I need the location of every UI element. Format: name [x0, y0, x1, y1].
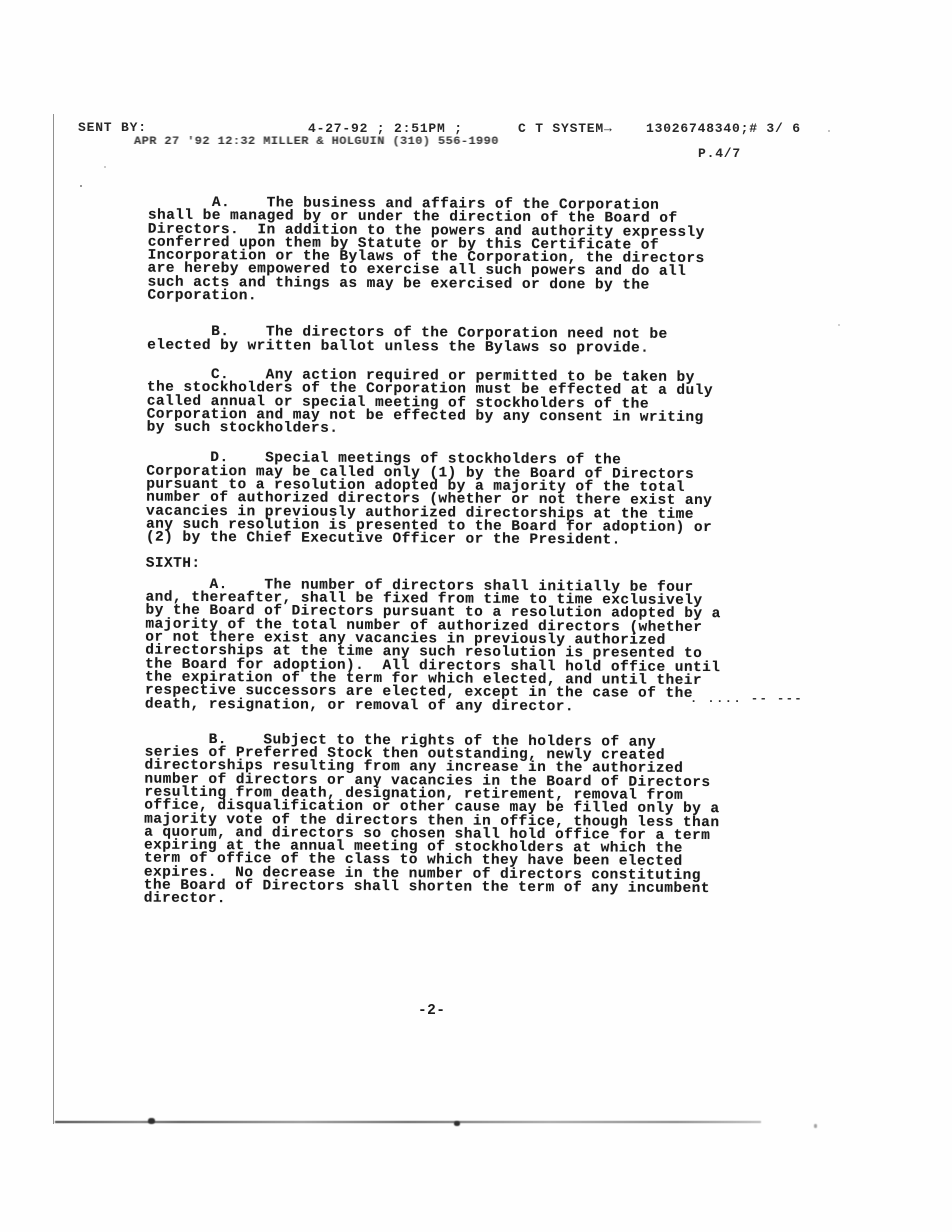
- fax-page: SENT BY: 4-27-92 ; 2:51PM ; C T SYSTEM→ …: [0, 0, 952, 1232]
- section-heading-sixth: SIXTH:: [146, 557, 746, 574]
- scan-speck: [80, 185, 82, 187]
- fax-header-system: C T SYSTEM→: [518, 121, 613, 136]
- scan-speck: [838, 324, 840, 326]
- scan-ink-blob: [814, 1124, 817, 1128]
- paragraph-fifth-c: C. Any action required or permitted to b…: [147, 369, 747, 439]
- scan-bottom-smudge: [55, 1121, 761, 1123]
- fax-header-station-line: APR 27 '92 12:32 MILLER & HOLGUIN (310) …: [134, 134, 499, 147]
- paragraph-fifth-d: D. Special meetings of stockholders of t…: [146, 452, 747, 549]
- paragraph-fifth-a: A. The business and affairs of the Corpo…: [147, 197, 748, 307]
- fax-header-sent-by: SENT BY:: [78, 120, 147, 135]
- fax-header-fax-id: 13026748340;# 3/ 6: [646, 121, 801, 136]
- paragraph-sixth-a: A. The number of directors shall initial…: [145, 578, 746, 715]
- fax-header-page-of: P.4/7: [698, 146, 741, 161]
- document-body: A. The business and affairs of the Corpo…: [144, 197, 748, 910]
- scan-dash-artifact: . .... -- ---: [690, 692, 803, 706]
- scan-ink-blob: [148, 1118, 155, 1124]
- scan-edge-line: [53, 114, 54, 1124]
- page-number: -2-: [418, 1003, 445, 1019]
- scan-speck: [828, 130, 830, 132]
- scan-speck: [104, 166, 106, 168]
- scan-ink-blob: [454, 1121, 460, 1126]
- paragraph-sixth-b: B. Subject to the rights of the holders …: [144, 733, 745, 910]
- paragraph-fifth-b: B. The directors of the Corporation need…: [147, 326, 747, 356]
